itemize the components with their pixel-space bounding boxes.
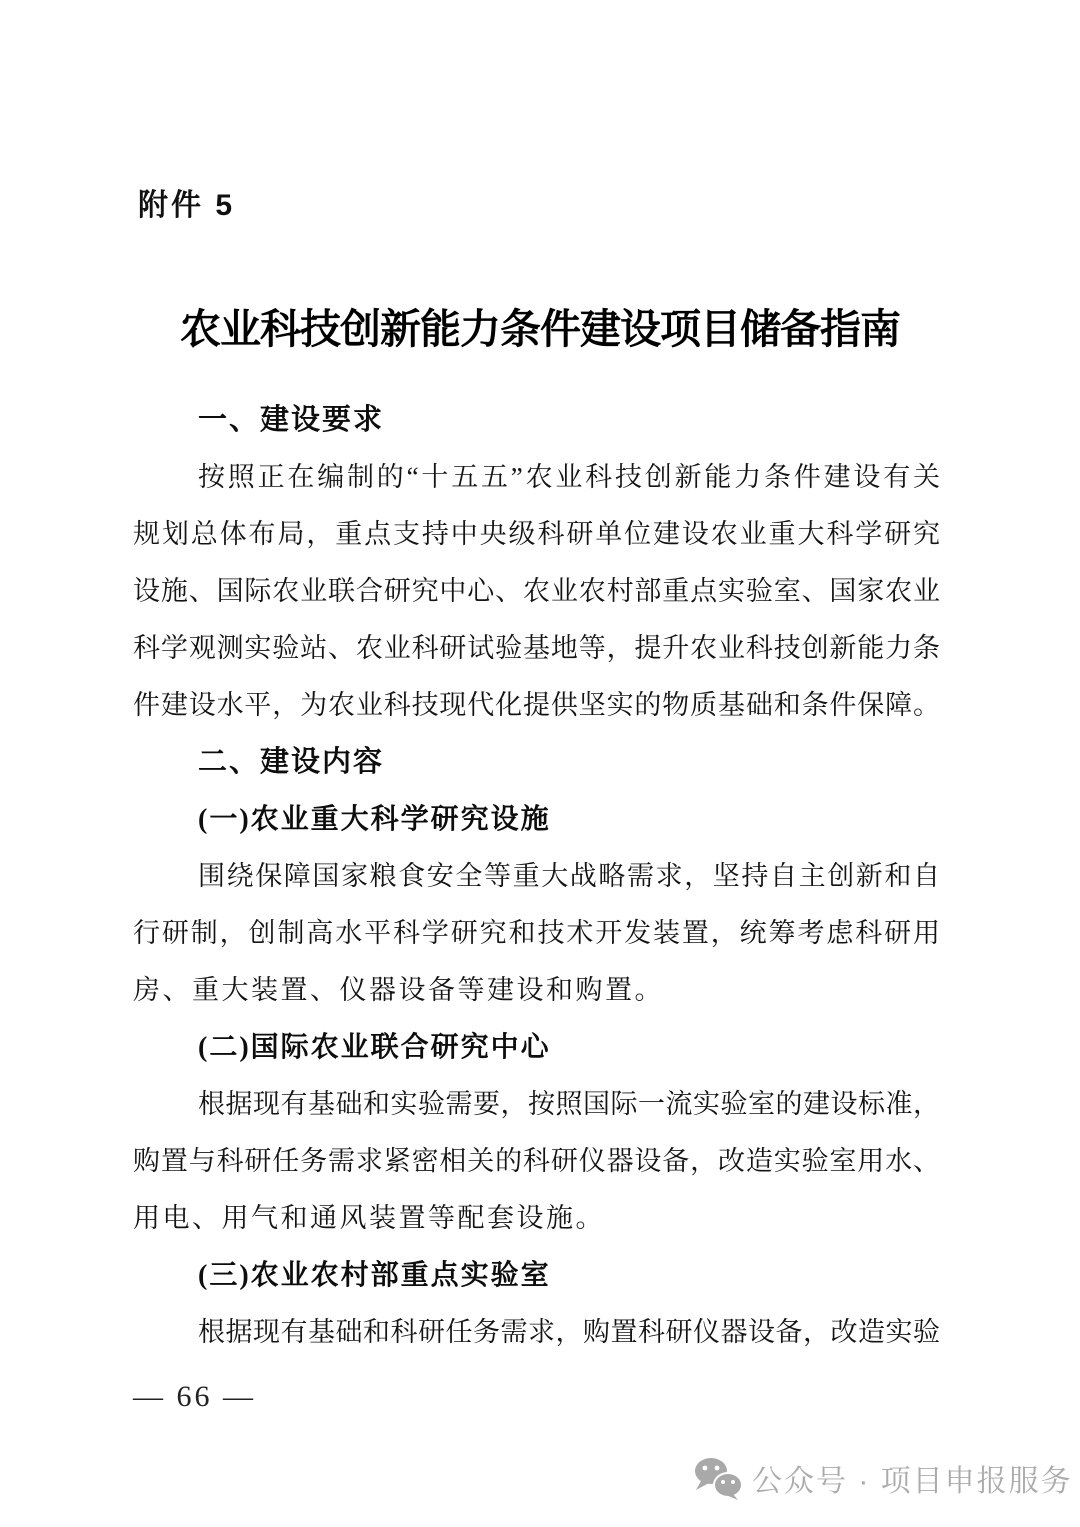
document-body: 一、建设要求 按照正在编制的“十五五”农业科技创新能力条件建设有关 规划总体布局… — [133, 392, 940, 1361]
paragraph-1-line-3: 设施、国际农业联合研究中心、农业农村部重点实验室、国家农业 — [133, 563, 940, 620]
paragraph-3-line-2: 购置与科研任务需求紧密相关的科研仪器设备，改造实验室用水、 — [133, 1133, 940, 1190]
section-heading-2: 二、建设内容 — [133, 734, 940, 791]
document-page: 附件 5 农业科技创新能力条件建设项目储备指南 一、建设要求 按照正在编制的“十… — [0, 0, 1080, 1527]
paragraph-4-line-1: 根据现有基础和科研任务需求，购置科研仪器设备，改造实验 — [133, 1304, 940, 1361]
paragraph-2-line-3: 房、重大装置、仪器设备等建设和购置。 — [133, 962, 940, 1019]
paragraph-1-line-1: 按照正在编制的“十五五”农业科技创新能力条件建设有关 — [133, 449, 940, 506]
section-heading-1: 一、建设要求 — [133, 392, 940, 449]
attachment-label: 附件 5 — [138, 180, 235, 224]
document-title: 农业科技创新能力条件建设项目储备指南 — [0, 296, 1080, 355]
footer-watermark: 公众号 · 项目申报服务 — [692, 1452, 1073, 1504]
paragraph-1-line-5: 件建设水平，为农业科技现代化提供坚实的物质基础和条件保障。 — [133, 677, 940, 734]
subsection-heading-2: (二)国际农业联合研究中心 — [133, 1019, 940, 1076]
subsection-heading-3: (三)农业农村部重点实验室 — [133, 1247, 940, 1304]
paragraph-3-line-3: 用电、用气和通风装置等配套设施。 — [133, 1190, 940, 1247]
paragraph-1-line-2: 规划总体布局，重点支持中央级科研单位建设农业重大科学研究 — [133, 506, 940, 563]
page-number: — 66 — — [133, 1368, 256, 1425]
watermark-label: 公众号 · 项目申报服务 — [752, 1456, 1073, 1500]
paragraph-3-line-1: 根据现有基础和实验需要，按照国际一流实验室的建设标准， — [133, 1076, 940, 1133]
paragraph-1-line-4: 科学观测实验站、农业科研试验基地等，提升农业科技创新能力条 — [133, 620, 940, 677]
wechat-icon — [692, 1456, 742, 1500]
paragraph-2-line-2: 行研制，创制高水平科学研究和技术开发装置，统筹考虑科研用 — [133, 905, 940, 962]
subsection-heading-1: (一)农业重大科学研究设施 — [133, 791, 940, 848]
paragraph-2-line-1: 围绕保障国家粮食安全等重大战略需求，坚持自主创新和自 — [133, 848, 940, 905]
